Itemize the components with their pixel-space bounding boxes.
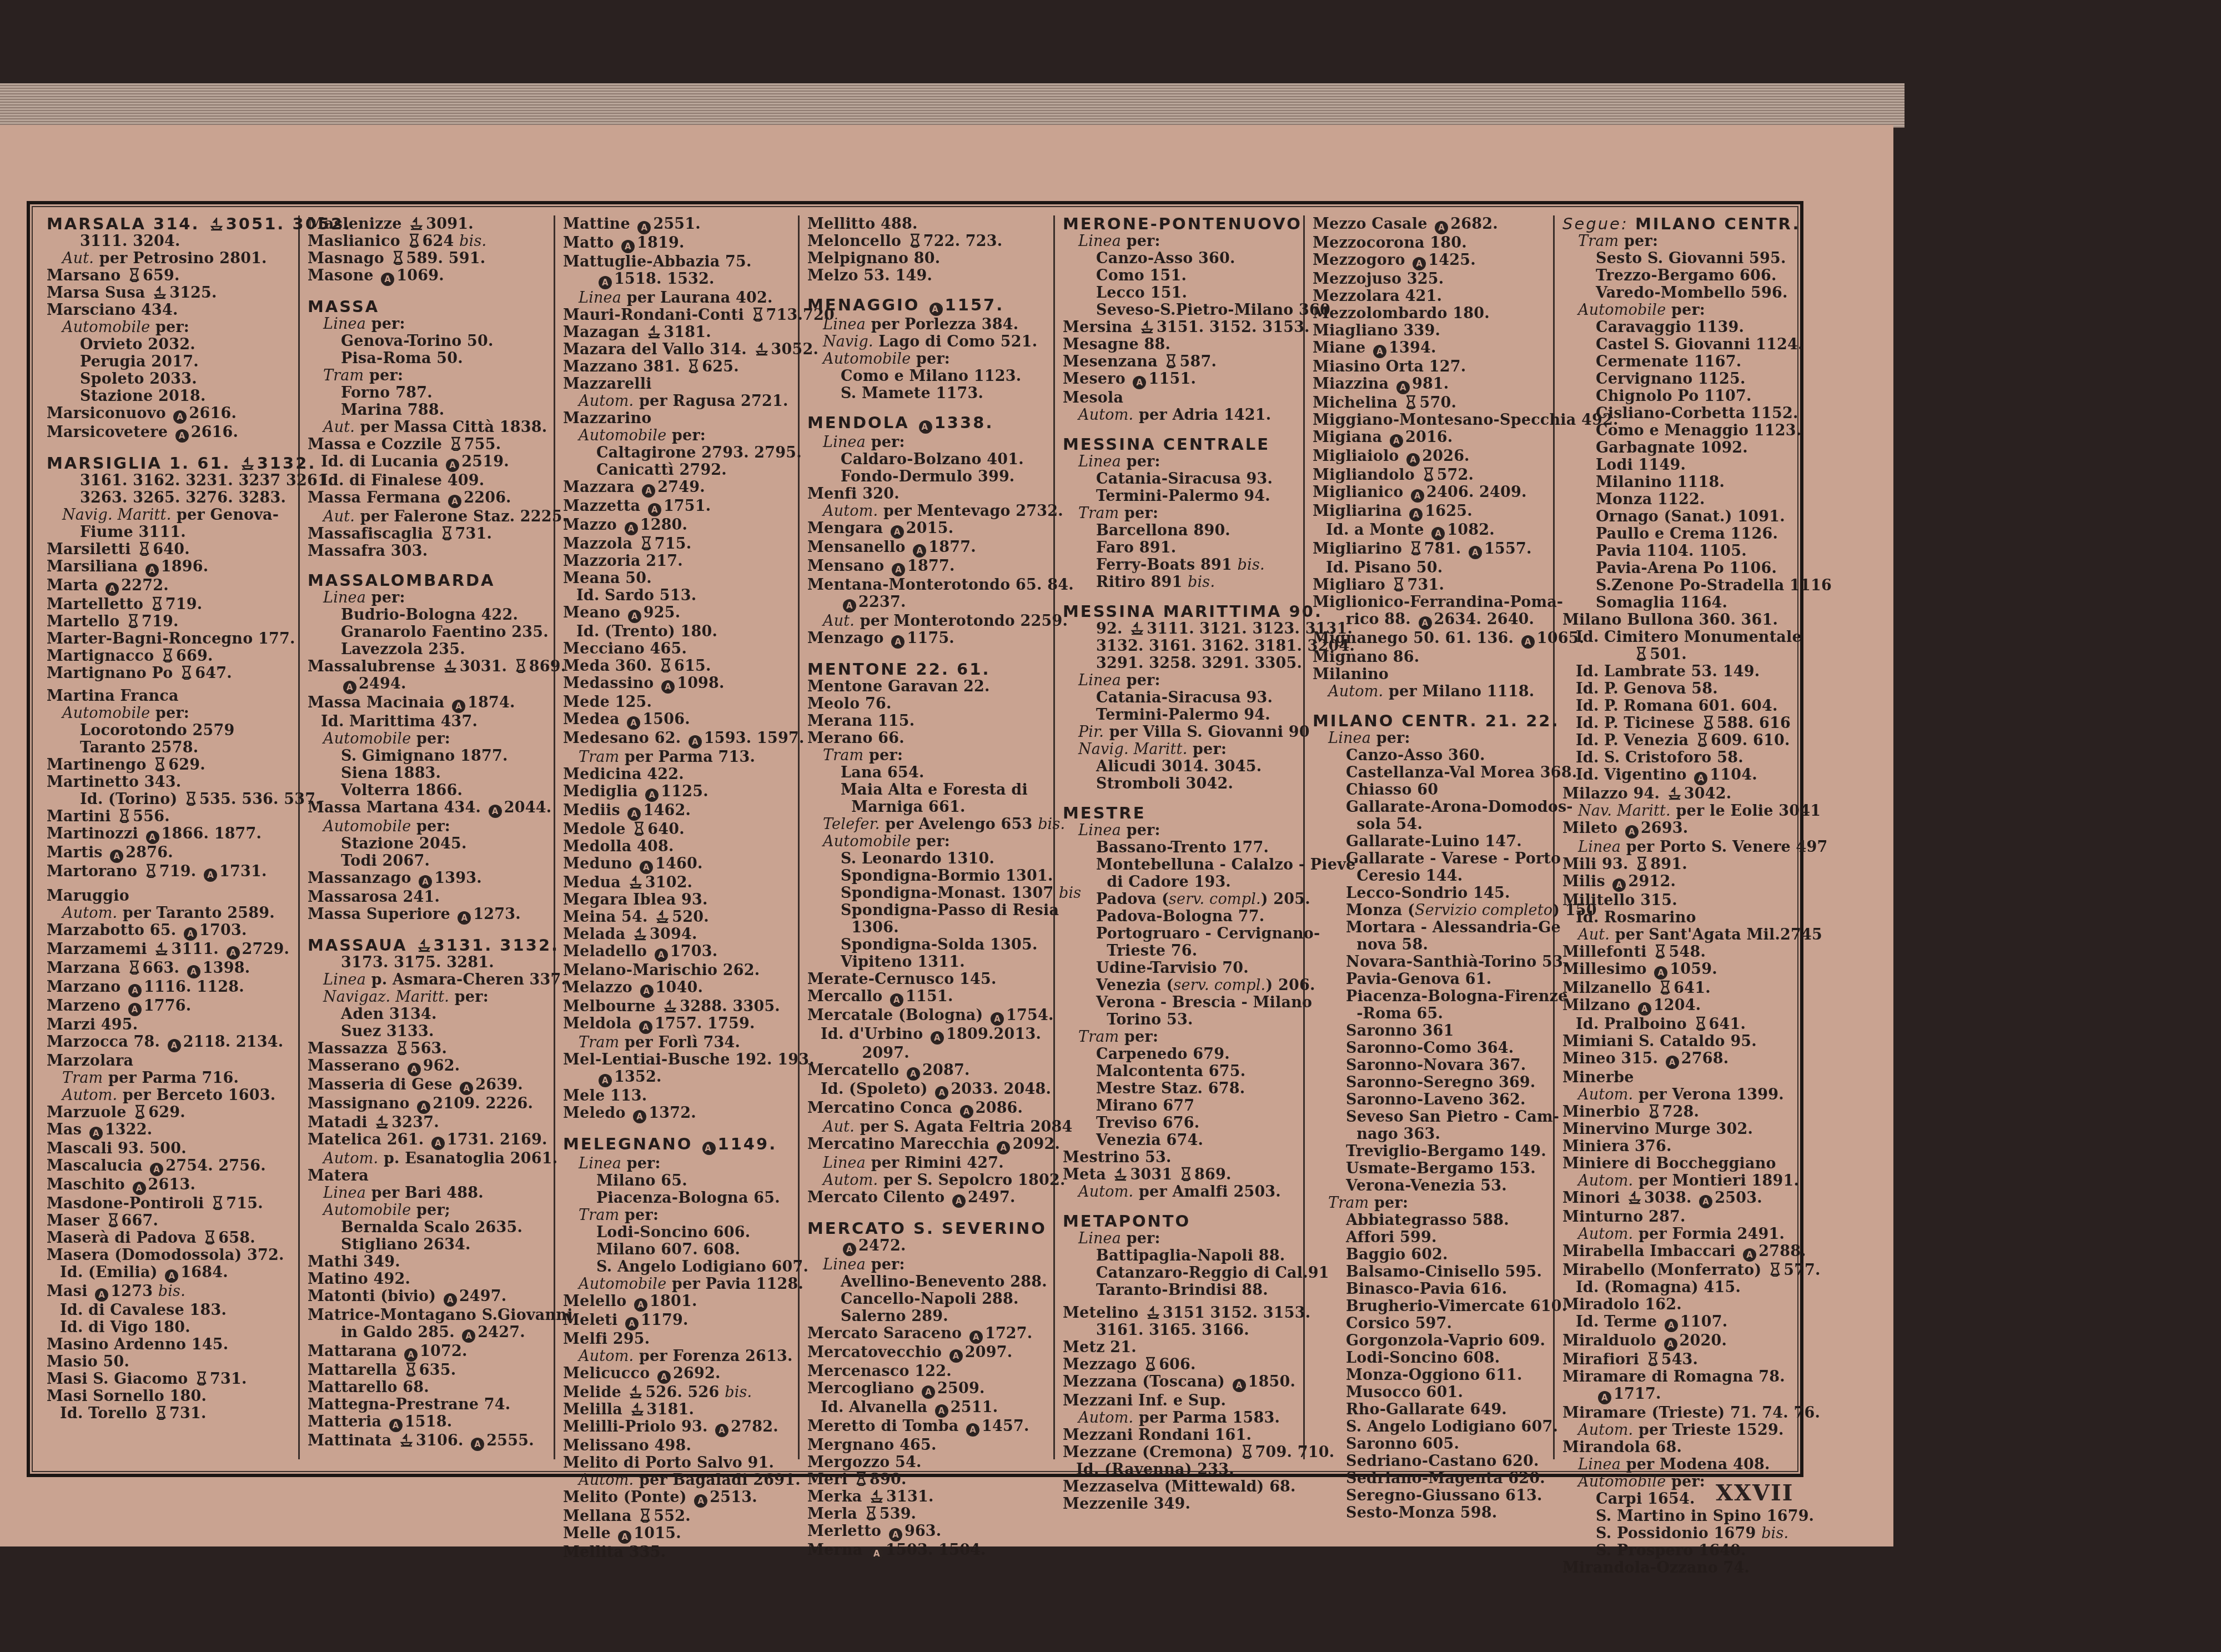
connection-line: Pavia-Arena Po 1106. [1562, 560, 1808, 577]
connection-line: Id. (Torino) 535. 536. 537. [47, 791, 290, 808]
text: Id. di Vigo 180. [60, 1319, 190, 1336]
text: 1352. [614, 1068, 662, 1086]
connection-line: Id. S. Cristoforo 58. [1562, 749, 1808, 766]
text: Pavia-Arena Po 1106. [1596, 560, 1777, 577]
text: Id. Lambrate 53. 149. [1576, 663, 1760, 680]
text: Miagliano 339. [1313, 322, 1440, 339]
text: 2788. [1758, 1243, 1806, 1260]
text: Mercogliano [807, 1380, 919, 1397]
connection-line: Lavezzola 235. [308, 641, 546, 658]
station-entry: Mele 113. [563, 1087, 790, 1104]
text: Marsiconuovo [47, 405, 171, 422]
text: Budrio-Bologna 422. [341, 606, 518, 624]
text: in Galdo 285. [341, 1324, 460, 1341]
text: 1072. [420, 1343, 468, 1360]
text: 3288. 3305. [680, 998, 780, 1015]
text: MERONE-PONTENUOVO [1063, 214, 1302, 233]
connection-line: Automobile per; [308, 1202, 546, 1219]
connection-line: Canzo-Asso 360. [1313, 747, 1545, 764]
station-entry: Melissano 498. [563, 1437, 790, 1454]
text: per: [150, 705, 189, 722]
text: Id. P. Ticinese [1576, 715, 1700, 732]
connection-line: Navigaz. Maritt. per: [308, 988, 546, 1006]
tramway-icon [640, 536, 652, 550]
connection-line: Salerno 289. [807, 1308, 1046, 1325]
connection-line: Autom. per Forenza 2613. [563, 1348, 790, 1365]
station-heading: MENDOLA A1338. [807, 414, 1046, 434]
connection-line: Automobile per: [47, 705, 290, 722]
station-entry: Marter-Bagni-Roncegno 177. [47, 630, 290, 647]
automobile-service-icon: A [599, 1074, 612, 1087]
text: Lago di Como 521. [873, 333, 1038, 350]
service-type-label: Aut. [823, 612, 855, 630]
connection-line: Autom. per Trieste 1529. [1562, 1422, 1808, 1439]
text: Piacenza-Bologna-Firenze [1346, 988, 1567, 1005]
text: per Verona 1399. [1633, 1086, 1783, 1103]
text: Massa e Cozzile [308, 436, 448, 453]
service-type-label: Pir. [1078, 724, 1104, 741]
text: Masio 50. [47, 1353, 129, 1370]
service-type-label: Tram [579, 1207, 619, 1224]
connection-line: Saronno 605. [1313, 1435, 1545, 1453]
text: 715. [655, 535, 692, 553]
text: MASSALOMBARDA [308, 571, 495, 590]
connection-line: Gallarate-Luino 147. [1313, 833, 1545, 850]
text: 963. [905, 1523, 942, 1540]
text: Mezzana (Toscana) [1063, 1373, 1230, 1390]
connection-line: Monza (Servizio completo) 150 [1313, 902, 1545, 919]
text: Como e Milano 1123. [841, 368, 1021, 385]
text: Meledo [563, 1104, 631, 1122]
text: 1625. [1425, 503, 1473, 520]
text: 556. [133, 808, 170, 825]
text: 731. [455, 525, 493, 543]
maritime-navigation-icon [1146, 1305, 1160, 1319]
text: per: [1666, 302, 1705, 319]
text: Id. Cimitero Monumentale [1576, 629, 1802, 646]
connection-line: Linea per: [1313, 730, 1545, 747]
connection-line: Piacenza-Bologna 65. [563, 1189, 790, 1207]
station-entry: Masone A1069. [308, 267, 546, 286]
station-entry: Matteria A1518. [308, 1413, 546, 1432]
connection-line: Automobile per: [1562, 302, 1808, 319]
station-entry: Mercatino Conca A2086. [807, 1099, 1046, 1118]
station-entry: Mauri-Rondani-Conti 713.720 [563, 307, 790, 324]
connection-line: Id. P. Ticinese 588. 616 [1562, 715, 1808, 732]
tramway-icon [1635, 646, 1647, 661]
station-entry: Mezzago 606. [1063, 1356, 1295, 1373]
text: Mercato Cilento [807, 1189, 950, 1206]
station-entry: Matrice-Montagano S.Giovanni [308, 1307, 546, 1324]
text: 2634. 2640. [1434, 611, 1535, 628]
station-entry: Meleti A1179. [563, 1312, 790, 1330]
text: Id. (Ravenna) 233. [1076, 1461, 1234, 1478]
station-entry: Meduno A1460. [563, 855, 790, 874]
station-entry: Miglianico A2406. 2409. [1313, 484, 1545, 503]
maritime-navigation-icon [630, 1402, 645, 1416]
text: MERCATO S. SEVERINO [807, 1219, 1047, 1238]
tramway-icon [1423, 467, 1435, 481]
connection-line: Baggio 602. [1313, 1246, 1545, 1263]
connection-line: S. Angelo Lodigiano 607. [1313, 1418, 1545, 1435]
text: 728. [1662, 1103, 1700, 1121]
station-entry: Melilli-Priolo 93. A2782. [563, 1418, 790, 1437]
text: Milano 607. 608. [596, 1241, 740, 1258]
text: Mirafiori [1562, 1351, 1645, 1368]
text: 3181. [647, 1401, 695, 1418]
service-type-label: Automobile [823, 350, 911, 368]
station-entry: Miramare di Romagna 78. [1562, 1368, 1808, 1385]
text: Meldola [563, 1015, 637, 1032]
connection-line: Autom. per Parma 1583. [1063, 1409, 1295, 1427]
text: Taranto-Brindisi 88. [1096, 1282, 1268, 1299]
text: Avellino-Benevento 288. [841, 1273, 1047, 1291]
station-entry: Marsiliana A1896. [47, 558, 290, 577]
text: Meda 360. [563, 657, 657, 675]
automobile-service-icon: A [227, 946, 240, 960]
station-entry: Michelina 570. [1313, 394, 1545, 411]
text: Gallarate - Varese - Porto [1346, 850, 1561, 867]
station-entry: Mirandola 68. [1562, 1439, 1808, 1456]
index-column-2: Maslenizze 3091.Maslianico 624 bis.Masna… [300, 215, 555, 1459]
station-entry: Masio 50. [47, 1353, 290, 1370]
text: Melello [563, 1293, 632, 1310]
connection-line: Automobile per: [308, 730, 546, 747]
tramway-icon [639, 1508, 651, 1523]
connection-line: Linea per Rimini 427. [807, 1154, 1046, 1172]
text: per: [150, 319, 189, 336]
text: Mattarella [308, 1362, 403, 1379]
text: Mediis [563, 802, 625, 819]
text: Mellita 335. [563, 1544, 666, 1561]
text: 3151 3152. 3153. [1163, 1304, 1310, 1322]
station-entry: Mattinata 3106. A2555. [308, 1432, 546, 1451]
text: 3031 [1130, 1166, 1178, 1183]
text: Mazzola [563, 535, 638, 553]
connection-line: Id. Alvanella A2511. [807, 1399, 1046, 1418]
text: Id. (Romagna) 415. [1576, 1279, 1741, 1296]
connection-line: S. Possidonio 1679 bis. [1562, 1525, 1808, 1542]
station-entry: Martini 556. [47, 808, 290, 825]
text: Stazione 2045. [341, 835, 467, 852]
connection-line: Catania-Siracusa 93. [1063, 689, 1295, 706]
tramway-icon [107, 1213, 119, 1227]
connection-line: Pavia-Genova 61. [1313, 971, 1545, 988]
text: 1874. [468, 694, 515, 711]
text: Treviso 676. [1096, 1114, 1199, 1132]
text: Milanino [1313, 666, 1389, 683]
connection-line: Id. d'Urbino A1809.2013. [807, 1026, 1046, 1045]
station-heading: MENTONE 22. 61. [807, 661, 1046, 678]
text: Melfi 295. [563, 1330, 650, 1348]
connection-line: S. Prospero 1640. [1562, 1542, 1808, 1559]
text: Medole [563, 821, 631, 838]
text: S.Zenone Po-Stradella 1116 [1596, 577, 1832, 594]
connection-line: Id. P. Romana 601. 604. [1562, 697, 1808, 715]
text: Mattinata [308, 1432, 397, 1449]
text: per Bagaladi 2691. [634, 1472, 800, 1489]
connection-line: Pisa-Roma 50. [308, 350, 546, 367]
connection-line: Linea per: [807, 1256, 1046, 1273]
text: 925. [644, 604, 681, 621]
text: Migliarina [1313, 503, 1407, 520]
connection-line: S. Angelo Lodigiano 607. [563, 1258, 790, 1276]
text: Marzabotto 65. [47, 922, 182, 939]
station-entry: Mezzolombardo 180. [1313, 305, 1545, 322]
connection-line: Stazione 2045. [308, 835, 546, 852]
station-entry: Marzamemi 3111. A2729. [47, 941, 290, 960]
connection-line: Marina 788. [308, 401, 546, 419]
station-entry: Merate-Cernusco 145. [807, 971, 1046, 988]
tramway-icon [145, 863, 157, 878]
connection-line: Rho-Gallarate 649. [1313, 1401, 1545, 1418]
text: per: [863, 747, 903, 764]
automobile-service-icon: A [639, 1021, 652, 1034]
text: MILANO CENTR. [1313, 711, 1478, 730]
text: 2519. [461, 453, 509, 470]
automobile-service-icon: A [150, 1163, 163, 1176]
text: per Falerone Staz. 2225. [355, 508, 567, 525]
automobile-service-icon: A [1743, 1248, 1756, 1262]
tramway-icon [151, 596, 163, 611]
text: Treviglio-Bergamo 149. [1346, 1143, 1546, 1160]
text: di Cadore 193. [1096, 873, 1231, 891]
station-heading: MELEGNANO A1149. [563, 1136, 790, 1155]
connection-line: Vipiteno 1311. [807, 953, 1046, 971]
text: 2503. [1715, 1189, 1762, 1207]
connection-line: Saronno-Seregno 369. [1313, 1074, 1545, 1091]
text: Mattarello 68. [308, 1379, 429, 1396]
text: Milzano [1562, 997, 1636, 1014]
tramway-icon [128, 960, 140, 975]
text: S. Angelo Lodigiano 607. [596, 1258, 808, 1276]
service-type-label: Linea [579, 289, 621, 307]
text: Maslianico [308, 233, 406, 250]
connection-line: Tram per Parma 713. [563, 749, 790, 766]
station-entry: Megara Iblea 93. [563, 891, 790, 908]
service-type-label: Automobile [62, 319, 150, 336]
station-entry: Matonti (bivio) A2497. [308, 1288, 546, 1307]
text: Barcellona 890. [1096, 522, 1230, 539]
connection-line: Spondigna-Monast. 1307 bis [807, 885, 1046, 902]
connection-line: Avellino-Benevento 288. [807, 1273, 1046, 1291]
text: per: [449, 988, 489, 1006]
automobile-service-icon: A [1390, 434, 1403, 448]
text: 962. [423, 1057, 460, 1074]
text: 2472. [858, 1237, 906, 1254]
service-type-label: Autom. [1078, 1183, 1133, 1201]
connection-line: Pir. per Villa S. Giovanni 90 [1063, 724, 1295, 741]
station-entry: Mesero A1151. [1063, 370, 1295, 389]
text: Id. Pisano 50. [1326, 559, 1443, 576]
connection-line: 3173. 3175. 3281. [308, 954, 546, 971]
station-entry: Mercatello A2087. [807, 1062, 1046, 1081]
connection-line: Lodi-Soncino 608. [1313, 1349, 1545, 1367]
station-entry: Meri 890. [807, 1471, 1046, 1488]
automobile-service-icon: A [444, 1293, 457, 1307]
text: 731. [1407, 576, 1444, 594]
station-entry: Marsiletti 640. [47, 541, 290, 558]
tramway-icon [660, 658, 672, 672]
text: Mercallo [807, 988, 888, 1005]
text: Miniera 376. [1562, 1138, 1672, 1155]
text: 588. 616 [1717, 715, 1791, 732]
tramway-icon [855, 1472, 867, 1486]
text: Mezzo Casale [1313, 215, 1433, 233]
text: Martinozzi [47, 825, 144, 842]
connection-line: Gallarate-Arona-Domodos- [1313, 799, 1545, 816]
text: Como e Menaggio 1123. [1596, 422, 1801, 439]
automobile-service-icon: A [95, 1288, 108, 1302]
text: Marter-Bagni-Roncegno 177. [47, 630, 295, 647]
text: per: [1121, 822, 1160, 839]
text: Martorano [47, 863, 143, 880]
connection-line: Bassano-Trento 177. [1063, 839, 1295, 856]
text: Mirano 677 [1096, 1097, 1194, 1114]
text: 1116. 1128. [144, 978, 244, 996]
connection-line: Udine-Tarvisio 70. [1063, 960, 1295, 977]
station-entry: Meolo 76. [807, 695, 1046, 712]
text: Ornago (Sanat.) 1091. [1596, 508, 1785, 525]
station-entry: Migliandolo 572. [1313, 466, 1545, 484]
station-entry: Maser 667. [47, 1212, 290, 1229]
text: Mediglia [563, 783, 643, 800]
text: Sesto S. Giovanni 595. [1596, 250, 1786, 267]
text: Stazione 2018. [80, 388, 206, 405]
text: Mengara [807, 520, 888, 537]
service-type-label: Linea [1578, 838, 1621, 856]
automobile-service-icon: A [890, 993, 903, 1007]
automobile-service-icon: A [889, 1528, 902, 1541]
connection-line: Gallarate - Varese - Porto [1313, 850, 1545, 867]
text: Sedriano-Castano 620. [1346, 1453, 1539, 1470]
connection-line: Linea per: [1063, 672, 1295, 689]
text: per: [1121, 453, 1160, 470]
connection-line: Linea per: [308, 589, 546, 606]
text: 629. [148, 1104, 185, 1121]
text: Mercatino Marecchia [807, 1136, 994, 1153]
maritime-navigation-icon [409, 216, 424, 230]
station-entry: Mazzarelli [563, 375, 790, 393]
text: Melilli-Priolo 93. [563, 1418, 713, 1435]
station-entry: Millesimo A1059. [1562, 961, 1808, 980]
station-entry: Martis A2876. [47, 844, 290, 863]
connection-line: Automobile per: [807, 350, 1046, 368]
text: Maserà di Padova [47, 1229, 202, 1247]
automobile-service-icon: A [1419, 616, 1432, 630]
text: Mezzago [1063, 1356, 1142, 1373]
text: Cancello-Napoli 288. [841, 1291, 1019, 1308]
text: per le Eolie 3041 [1671, 802, 1821, 820]
connection-line: Padova (serv. compl.) 205. [1063, 891, 1295, 908]
text: Mazagan [563, 324, 645, 341]
connection-line: Cancello-Napoli 288. [807, 1291, 1046, 1308]
automobile-service-icon: A [452, 700, 465, 713]
text: 1204. [1654, 997, 1701, 1014]
text: Ferry-Boats 891 [1096, 556, 1238, 574]
station-entry: Mazara del Vallo 314. 3052. [563, 341, 790, 358]
connection-line: Tram per Forlì 734. [563, 1034, 790, 1051]
text: Menzago [807, 630, 889, 647]
tramway-icon [1636, 856, 1648, 871]
service-type-label: Linea [579, 1155, 621, 1172]
text: Id. Sardo 513. [576, 587, 696, 604]
text: Mignanego 50. 61. 136. [1313, 630, 1519, 647]
text: Merka [807, 1488, 867, 1505]
text: 2237. [858, 594, 906, 611]
text: Mercatale (Bologna) [807, 1007, 988, 1024]
text: Meano [563, 604, 626, 621]
text: S. Martino in Spino 1679. [1596, 1508, 1814, 1525]
station-heading: MERONE-PONTENUOVO [1063, 215, 1295, 233]
text: Abbiategrasso 588. [1346, 1212, 1509, 1229]
text: Mattarana [308, 1343, 402, 1360]
text: Masdone-Pontiroli [47, 1195, 209, 1212]
station-entry: Minori 3038. A2503. [1562, 1189, 1808, 1208]
connection-line: di Cadore 193. [1063, 873, 1295, 891]
station-entry: Mediglia A1125. [563, 783, 790, 802]
text: Matonti (bivio) [308, 1288, 441, 1305]
text: Mauri-Rondani-Conti [563, 307, 750, 324]
text: per Forenza 2613. [634, 1348, 792, 1365]
station-entry: Masino Ardenno 145. [47, 1336, 290, 1353]
station-entry: Militello 315. [1562, 892, 1808, 909]
text: 755. [464, 436, 501, 453]
text: 606. [1159, 1356, 1196, 1373]
automobile-service-icon: A [913, 544, 926, 558]
connection-line: Automobile per Pavia 1128. [563, 1276, 790, 1293]
service-type-label: Autom. [823, 1172, 878, 1189]
automobile-service-icon: A [1409, 508, 1423, 521]
connection-line: Autom. per S. Sepolcro 1802. [807, 1172, 1046, 1189]
text: 981. [1412, 375, 1449, 393]
text: per Adria 1421. [1133, 406, 1271, 424]
station-heading: METAPONTO [1063, 1213, 1295, 1230]
text: Lodi-Soncino 606. [596, 1224, 750, 1241]
station-entry: Minervino Murge 302. [1562, 1121, 1808, 1138]
connection-line: Autom. per Bagaladi 2691. [563, 1472, 790, 1489]
automobile-service-icon: A [1431, 527, 1445, 540]
station-entry: Miradolo 162. [1562, 1296, 1808, 1313]
text: Forno 787. [341, 384, 433, 401]
text: Id. P. Romana 601. 604. [1576, 697, 1778, 715]
text: Martignano Po [47, 665, 178, 682]
tramway-icon [180, 665, 193, 680]
automobile-service-icon: A [648, 503, 661, 516]
text: per: [366, 315, 405, 333]
text: 2118. 2134. [183, 1033, 284, 1051]
text: Saronno-Seregno 369. [1346, 1074, 1535, 1091]
text: 1425. [1428, 252, 1476, 269]
text: Miramare di Romagna 78. [1562, 1368, 1785, 1385]
station-entry: Mirabello (Monferrato) 577. [1562, 1262, 1808, 1279]
text: 1731. 2169. [447, 1131, 547, 1148]
text: 3031. [460, 658, 512, 675]
text: 641. [1674, 980, 1711, 997]
text: MILANO CENTR. [1635, 214, 1801, 233]
station-entry: Mercogliano A2509. [807, 1380, 1046, 1399]
connection-line: Spondigna-Passo di Resia [807, 902, 1046, 919]
text: Genova-Torino 50. [341, 333, 494, 350]
station-entry: Mimiani S. Cataldo 95. [1562, 1033, 1808, 1050]
text: Fiume 3111. [80, 524, 186, 541]
text: Baggio 602. [1346, 1246, 1448, 1263]
connection-line: Treviso 676. [1063, 1114, 1295, 1132]
text: Mezzani Rondani 161. [1063, 1427, 1252, 1444]
text: per: [621, 1155, 661, 1172]
text: 1157. [945, 295, 1004, 314]
connection-line: Como 151. [1063, 267, 1295, 284]
